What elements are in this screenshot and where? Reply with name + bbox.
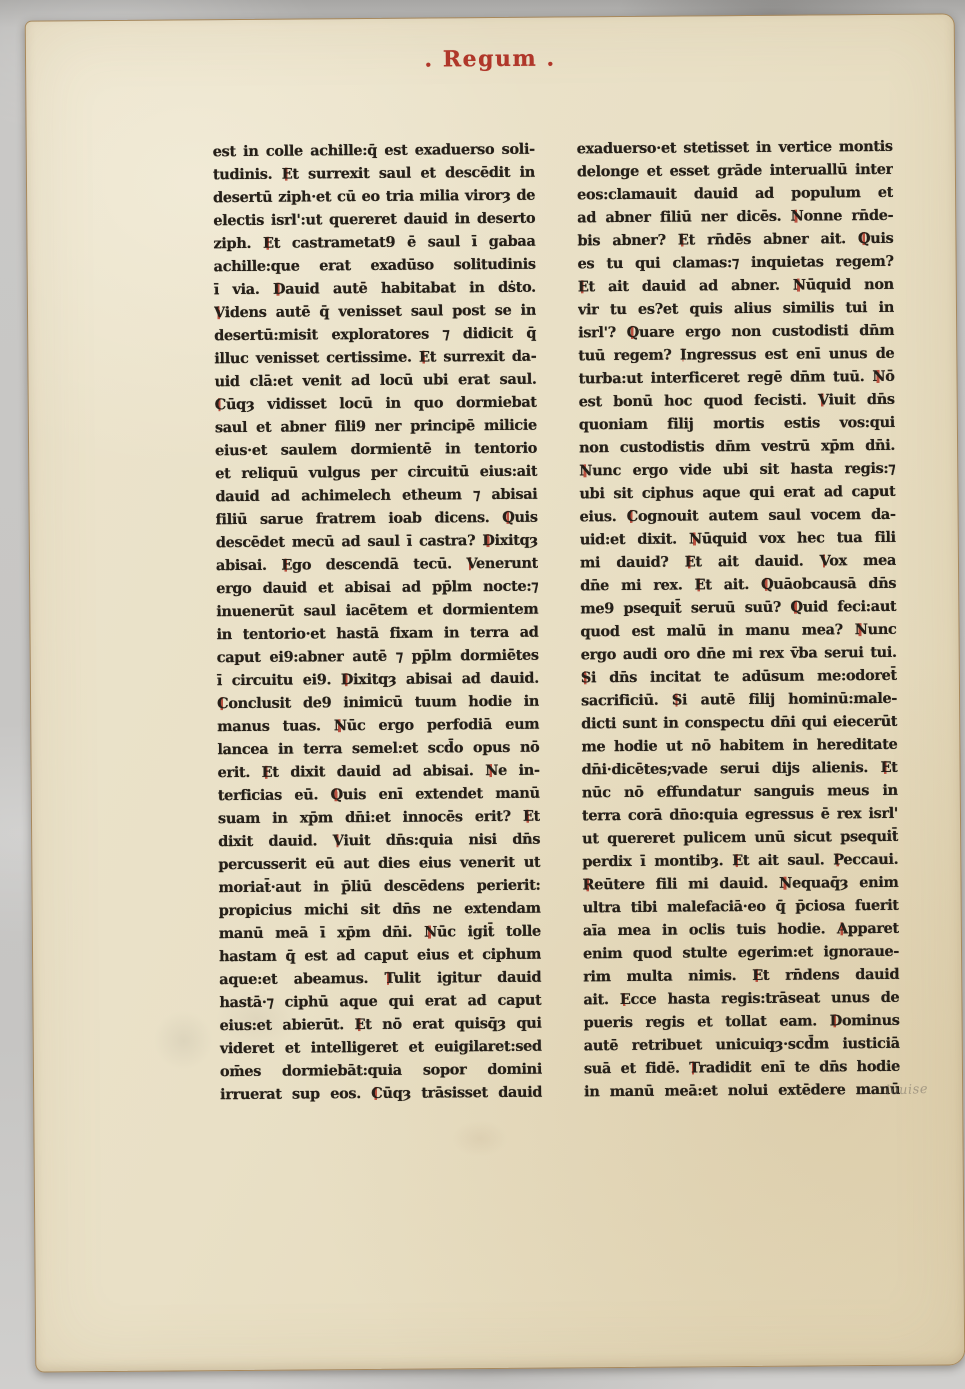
text-line: terficias eū. Quis enī extendet manū	[218, 782, 540, 808]
running-title: . Regum .	[26, 42, 954, 75]
text-line: caput ei9:abner autē ⁊ pp̄lm dormiētes	[217, 644, 539, 670]
text-line: ī via. Dauid autē habitabat in dṡto.	[214, 276, 536, 302]
text-line: bis abner? Et rn̄dēs abner ait. Quis	[577, 227, 893, 252]
text-line: lancea in terra semel:et scd̄o opus nō	[217, 736, 539, 762]
text-line: achille:que erat exadūso solitudinis	[214, 253, 536, 279]
text-line: exaduerso·et stetisset in vertice montis	[577, 135, 893, 160]
text-line: Reūtere fili mi dauid. Nequaq̄ȝ enim	[582, 871, 898, 896]
text-line: eius·et saulem dormientē in tentorio	[215, 437, 537, 463]
scanned-manuscript-page: { "page": { "header": ". Regum .", "rubr…	[0, 0, 965, 1389]
pencil-marginalia: louise	[886, 1082, 928, 1099]
text-line: electis isrl':ut quereret dauid in deser…	[213, 207, 535, 233]
text-line: erit. Et dixit dauid ad abisai. Ne in-	[218, 759, 540, 785]
text-line: perdix ī montibȝ. Et ait saul. Peccaui.	[582, 848, 898, 873]
text-line: ut quereret pulicem unū sicut psequit̄	[582, 825, 898, 850]
text-line: irruerat sup eos. Cūqȝ trāsisset dauid	[220, 1081, 542, 1107]
text-line: hastā·⁊ ciphū aque qui erat ad caput	[219, 989, 541, 1015]
text-line: mi dauid? Et ait dauid. Vox mea	[580, 549, 896, 574]
text-line: ergo audi oro dn̄e mi rex v̄ba serui tui…	[581, 641, 897, 666]
text-line: suā et fidē. Tradidit enī te dn̄s hodie	[584, 1055, 900, 1080]
text-line: eius. Cognouit autem saul vocem da-	[580, 503, 896, 528]
text-line: et reliquū vulgus per circuitū eius:ait	[215, 460, 537, 486]
text-line: suam in xp̄m dn̄i:et innocēs erit? Et	[218, 805, 540, 831]
text-line: me9 psequit̄ seruū suū? Quid feci:aut	[580, 595, 896, 620]
text-line: enim quod stulte egerim:et ignoraue-	[583, 940, 899, 965]
text-line: quoniam filij mortis estis vos:qui	[579, 411, 895, 436]
text-line: saul et abner fili9 ner principē milicie	[215, 414, 537, 440]
text-line: inuenerūt saul iacētem et dormientem	[216, 598, 538, 624]
text-column-left: est in colle achille:q̄ est exaduerso so…	[213, 138, 543, 1106]
text-line: aīa mea in oclis tuis hodie. Apparet	[583, 917, 899, 942]
text-line: in tentorio·et hastā fixam in terra ad	[216, 621, 538, 647]
text-line: desertū:misit exploratores ⁊ didicit q̄	[214, 322, 536, 348]
text-line: non custodistis dn̄m vestrū xp̄m dn̄i.	[579, 434, 895, 459]
text-line: ad abner filiū ner dicēs. Nonne rn̄de-	[577, 204, 893, 229]
text-line: hastam q̄ est ad caput eius et ciphum	[219, 943, 541, 969]
parchment-smudge	[153, 1010, 213, 1070]
text-line: eius:et abierūt. Et nō erat quisq̄ȝ qui	[220, 1012, 542, 1038]
text-line: terra corā dn̄o:quia egressus ē rex isrl…	[582, 802, 898, 827]
text-line: tuū regem? Ingressus est enī unus de	[578, 342, 894, 367]
text-line: aque:et abeamus. Tulit igitur dauid	[219, 966, 541, 992]
text-line: om̄es dormiebāt:quia sopor domini	[220, 1058, 542, 1084]
text-line: abisai. Ego descendā tecū. Venerunt	[216, 552, 538, 578]
text-line: ultra tibi malefaciā·eo q̄ p̄ciosa fueri…	[583, 894, 899, 919]
text-line: turba:ut interficeret regē dn̄m tuū. Nō	[578, 365, 894, 390]
text-line: dn̄i·dicētes;vade serui dijs alienis. Et	[582, 756, 898, 781]
text-line: uid clā:et venit ad locū ubi erat saul.	[214, 368, 536, 394]
text-line: vir tu es?et quis alius similis tui in	[578, 296, 894, 321]
text-line: descēdet mecū ad saul ī castra? Dixitqȝ	[216, 529, 538, 555]
text-line: est bonū hoc quod fecisti. Viuit dn̄s	[579, 388, 895, 413]
text-line: percusserit eū aut dies eius venerit ut	[218, 851, 540, 877]
text-line: dixit dauid. Viuit dn̄s:quia nisi dn̄s	[218, 828, 540, 854]
text-block: est in colle achille:q̄ est exaduerso so…	[213, 135, 901, 1106]
text-line: autē retribuet unicuiqȝ·scd̄m iusticiā	[584, 1032, 900, 1057]
text-line: tudinis. Et surrexit saul et descēdit in	[213, 161, 535, 187]
text-line: es tu qui clamas:⁊ inquietas regem?	[578, 250, 894, 275]
text-line: Nunc ergo vide ubi sit hasta regis:⁊	[579, 457, 895, 482]
text-line: filiū sarue fratrem ioab dicens. Quis	[216, 506, 538, 532]
text-line: moriat̄·aut in p̄liū descēdens perierit:	[218, 874, 540, 900]
text-line: illuc venisset certissime. Et surrexit d…	[214, 345, 536, 371]
text-line: Si dn̄s incitat te adūsum me:odoret̄	[581, 664, 897, 689]
text-line: Et ait dauid ad abner. Nūquid non	[578, 273, 894, 298]
text-line: ubi sit ciphus aque qui erat ad caput	[579, 480, 895, 505]
text-line: dn̄e mi rex. Et ait. Quāobcausā dn̄s	[580, 572, 896, 597]
text-line: ergo dauid et abisai ad pp̄lm nocte:⁊	[216, 575, 538, 601]
text-line: nūc nō effundatur sanguis meus in	[582, 779, 898, 804]
text-line: dicti sunt in conspectu dn̄i qui eiecerū…	[581, 710, 897, 735]
text-line: eos:clamauit dauid ad populum et	[577, 181, 893, 206]
text-line: uid:et dixit. Nūquid vox hec tua fili	[580, 526, 896, 551]
text-line: propicius michi sit dn̄s ne extendam	[219, 897, 541, 923]
text-line: pueris regis et tollat eam. Dominus	[584, 1009, 900, 1034]
text-line: in manū meā:et nolui extēdere manū	[584, 1078, 900, 1103]
text-line: ī circuitu ei9. Dixitqȝ abisai ad dauid.	[217, 667, 539, 693]
text-line: manus tuas. Nūc ergo perfodiā eum	[217, 713, 539, 739]
text-line: me hodie ut nō habitem in hereditate	[581, 733, 897, 758]
text-line: Conclusit de9 inimicū tuum hodie in	[217, 690, 539, 716]
text-line: dauid ad achimelech etheum ⁊ abisai	[215, 483, 537, 509]
text-line: videret et intelligeret et euigilaret:se…	[220, 1035, 542, 1061]
text-line: Videns autē q̄ venisset saul post se in	[214, 299, 536, 325]
text-line: est in colle achille:q̄ est exaduerso so…	[213, 138, 535, 164]
text-line: isrl'? Quare ergo non custodisti dn̄m	[578, 319, 894, 344]
text-line: ziph. Et castrametat9 ē saul ī gabaa	[213, 230, 535, 256]
text-column-right: exaduerso·et stetisset in vertice montis…	[577, 135, 901, 1103]
parchment-leaf: . Regum . est in colle achille:q̄ est ex…	[25, 13, 965, 1372]
text-line: rim multa nimis. Et rn̄dens dauid	[583, 963, 899, 988]
text-line: sacrificiū. Si autē filij hominū:male-	[581, 687, 897, 712]
text-line: delonge et esset grāde interuallū inter	[577, 158, 893, 183]
text-line: quod est malū in manu mea? Nunc	[580, 618, 896, 643]
text-line: ait. Ecce hasta regis:trāseat unus de	[583, 986, 899, 1011]
text-line: desertū ziph·et cū eo tria milia virorȝ …	[213, 184, 535, 210]
text-line: manū meā ī xp̄m dn̄i. Nūc igit̄ tolle	[219, 920, 541, 946]
text-line: Cūqȝ vidisset locū in quo dormiebat	[215, 391, 537, 417]
